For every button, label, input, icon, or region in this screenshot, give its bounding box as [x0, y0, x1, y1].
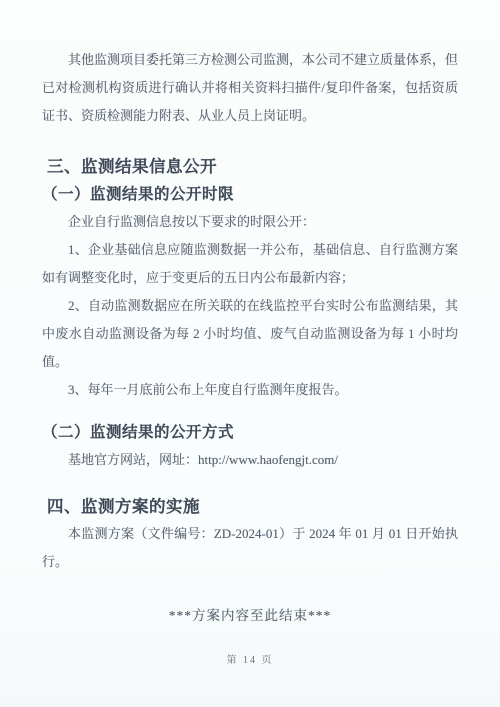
section-3-1-heading: （一）监测结果的公开时限: [42, 182, 458, 208]
section-4-heading: 四、监测方案的实施: [47, 494, 458, 520]
document-page: 其他监测项目委托第三方检测公司监测，本公司不建立质量体系，但已对检测机构资质进行…: [0, 0, 500, 707]
page-number-footer: 第 14 页: [0, 651, 500, 666]
section-3-heading: 三、监测结果信息公开: [47, 154, 458, 180]
section-3-2-body: 基地官方网站，网址：http://www.haofengjt.com/: [42, 446, 458, 474]
section-3-1-intro: 企业自行监测信息按以下要求的时限公开：: [42, 208, 458, 236]
section-3-1-item-3: 3、每年一月底前公布上年度自行监测年度报告。: [42, 376, 458, 404]
section-3-1-item-1: 1、企业基础信息应随监测数据一并公布，基础信息、自行监测方案如有调整变化时，应于…: [42, 236, 458, 292]
intro-paragraph: 其他监测项目委托第三方检测公司监测，本公司不建立质量体系，但已对检测机构资质进行…: [42, 46, 458, 130]
section-4-body: 本监测方案（文件编号：ZD-2024-01）于 2024 年 01 月 01 日…: [42, 520, 458, 576]
section-3-2-heading: （二）监测结果的公开方式: [42, 420, 458, 446]
end-of-plan-marker: ***方案内容至此结束***: [42, 602, 458, 630]
section-3-1-item-2: 2、自动监测数据应在所关联的在线监控平台实时公布监测结果，其中废水自动监测设备为…: [42, 292, 458, 376]
